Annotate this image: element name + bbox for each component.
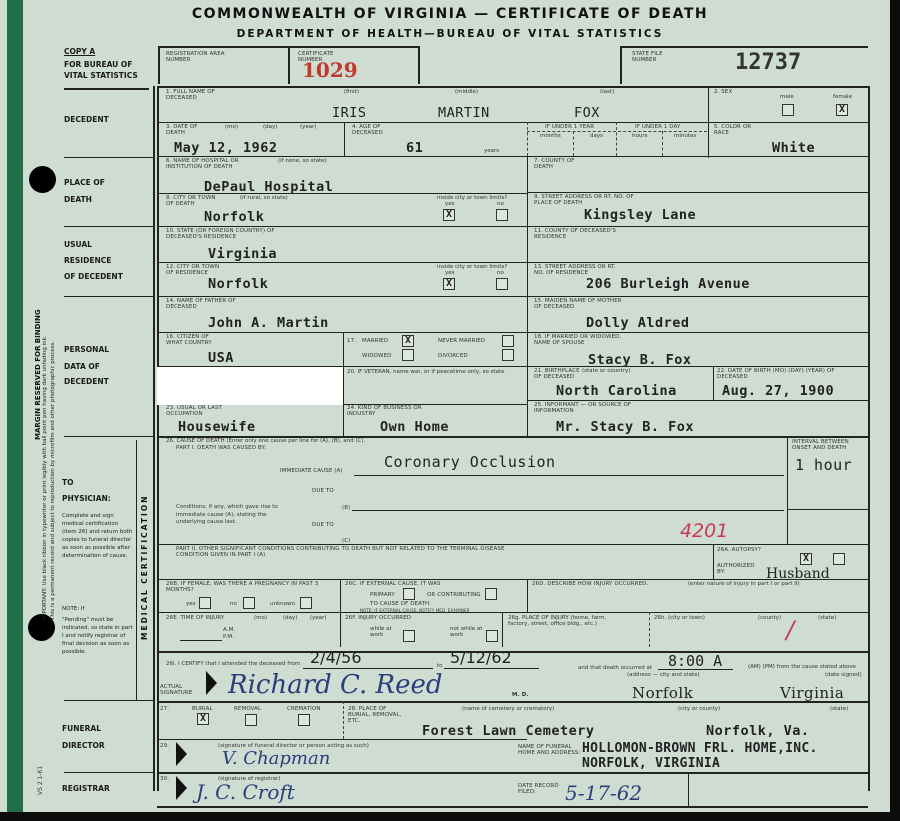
part2-label: PART II. OTHER SIGNIFICANT CONDITIONS CO… — [176, 546, 536, 558]
rule — [444, 668, 539, 669]
rule — [573, 131, 574, 156]
f26i-label: 26i. I CERTIFY that I attended the decea… — [166, 661, 300, 667]
f21-label: 21. BIRTHPLACE OF DECEASED — [534, 368, 589, 380]
city-of-death: Norfolk — [204, 209, 264, 225]
medical-certification-label: MEDICAL CERTIFICATION — [140, 495, 149, 640]
sex-male-checkbox[interactable] — [782, 104, 794, 116]
divorced-checkbox[interactable] — [502, 349, 514, 361]
md-label: M. D. — [512, 692, 529, 698]
copy-a-label: COPY A — [64, 46, 95, 57]
immediate-cause-label: IMMEDIATE CAUSE (A) — [280, 468, 343, 474]
rule — [868, 86, 870, 791]
funeral-home: HOLLOMON-BROWN FRL. HOME,INC. — [582, 741, 818, 756]
address-label: (address — city and state) — [627, 672, 700, 678]
injury-mo-label: (mo) — [254, 615, 267, 621]
rule — [157, 772, 868, 774]
certifier-state: Virginia — [780, 684, 844, 702]
important-note-1: IMPORTANT: Use black ribbon in typewrite… — [42, 240, 48, 620]
section-registrar: REGISTRAR — [62, 780, 110, 797]
registrar-arrow-icon — [176, 776, 187, 800]
redacted-field — [157, 367, 343, 405]
section-usual-residence: USUAL — [64, 236, 92, 253]
external-primary-checkbox[interactable] — [403, 588, 415, 600]
note-external: NOTE: IF EXTERNAL CAUSE, NOTIFY MED. EXA… — [360, 608, 470, 614]
if-none-label: (if none, so state) — [278, 158, 327, 164]
rule — [64, 436, 153, 437]
f26-label: 26. CAUSE OF DEATH (Enter only one cause… — [166, 438, 365, 444]
rule — [418, 46, 420, 84]
res-yes-label: yes — [445, 270, 455, 276]
rule — [713, 366, 714, 400]
sex-female-checkbox[interactable]: X — [836, 104, 848, 116]
f10-label: 10. STATE (OR FOREIGN COUNTRY) OF DECEAS… — [166, 228, 296, 240]
f26d-label: 26d. DESCRIBE HOW INJURY OCCURRED. — [532, 581, 648, 587]
date-filed: 5-17-62 — [565, 781, 642, 805]
rule — [157, 806, 868, 808]
f28-label: 28. PLACE OF BURIAL, REMOVAL, ETC. — [348, 706, 408, 724]
rule — [64, 88, 149, 90]
f7-label: 7. COUNTY OF DEATH — [534, 158, 584, 170]
rule — [157, 579, 868, 580]
registrar-signature: J. C. Croft — [196, 780, 295, 804]
days-label: days — [590, 133, 603, 139]
rule — [649, 612, 650, 647]
f26b-label: 26b. IF FEMALE, WAS THERE A PREGNANCY IN… — [166, 581, 346, 593]
code-annotation: 4201 — [680, 520, 728, 542]
f25-label: 25. INFORMANT — OR SOURCE OF INFORMATION — [534, 402, 644, 414]
physician-instructions: Complete and sign medical certification … — [62, 512, 134, 560]
rule — [343, 701, 344, 739]
funeral-director-arrow-icon — [176, 742, 187, 766]
f20-label: 20. IF VETERAN, name war, or if peacetim… — [347, 369, 517, 375]
date-signed-label: (date signed) — [825, 672, 862, 678]
business-industry: Own Home — [380, 419, 449, 435]
f24-label: 24. KIND OF BUSINESS OR INDUSTRY — [347, 405, 427, 417]
years-label: years — [484, 148, 499, 154]
copy-for-label-2: VITAL STATISTICS — [64, 70, 138, 81]
cause-a: Coronary Occlusion — [384, 453, 556, 471]
rule — [157, 544, 868, 545]
date-of-death: May 12, 1962 — [174, 140, 278, 156]
mother-maiden-name: Dolly Aldred — [586, 315, 690, 331]
injury-not-while-work-checkbox[interactable] — [486, 630, 498, 642]
rule — [157, 651, 868, 653]
authorized-label: AUTHORIZED BY: — [717, 563, 757, 575]
day-label: (day) — [263, 124, 277, 130]
rule — [527, 400, 868, 401]
f22-label: 22. DATE OF BIRTH (mo) (day) (year) OF D… — [717, 368, 842, 380]
res-inside-yes-checkbox[interactable]: X — [443, 278, 455, 290]
certificate-title: COMMONWEALTH OF VIRGINIA — CERTIFICATE O… — [0, 6, 900, 22]
occupation: Housewife — [178, 419, 256, 435]
yes-label: yes — [445, 201, 455, 207]
removal-label: REMOVAL — [234, 706, 261, 712]
cemetery-location: Norfolk, Va. — [706, 723, 810, 739]
form-code: VS 2 1-61 — [37, 766, 44, 795]
months-label: months — [540, 133, 561, 139]
rule — [157, 262, 868, 263]
rule — [157, 122, 868, 123]
note-label: NOTE: If — [62, 606, 84, 612]
attended-to: 5/12/62 — [450, 648, 512, 667]
rule — [157, 86, 868, 88]
registration-area-label: REGISTRATION AREA NUMBER — [166, 51, 236, 63]
f6-label: 6. NAME OF HOSPITAL OR INSTITUTION OF DE… — [166, 158, 256, 170]
mo-label: (mo) — [225, 124, 238, 130]
f26a-label: 26a. AUTOPSY? — [717, 547, 761, 553]
widowed-label: WIDOWED — [362, 353, 391, 359]
rule — [527, 131, 707, 132]
conditions-label: Conditions, if any, which gave rise to i… — [176, 504, 286, 527]
rule — [153, 86, 155, 791]
f14-label: 14. NAME OF FATHER OF DECEASED — [166, 298, 236, 310]
rule — [288, 46, 290, 84]
rule — [157, 86, 159, 791]
rule — [354, 475, 784, 476]
state-or-country-label: (state or country) — [582, 368, 630, 374]
city-of-residence: Norfolk — [208, 276, 268, 292]
rule — [157, 701, 868, 703]
if-rural-label: (if rural, so state) — [240, 195, 288, 201]
section-usual-residence-3: OF DECEDENT — [64, 268, 123, 285]
state-hint: (state) — [830, 706, 848, 712]
rule — [343, 332, 344, 436]
section-funeral: FUNERAL — [62, 720, 101, 737]
f26c-label: 26c. IF EXTERNAL CAUSE, IT WAS — [345, 581, 441, 587]
removal-checkbox[interactable] — [245, 714, 257, 726]
section-usual-residence-2: RESIDENCE — [64, 252, 111, 269]
certificate-number: 1029 — [302, 58, 358, 82]
f8-label: 8. CITY OR TOWN OF DEATH — [166, 195, 221, 207]
f4-label: 4. AGE OF DECEASED — [352, 124, 402, 136]
date-filed-label: DATE RECORD FILED: — [518, 783, 563, 795]
pregnancy-yes-checkbox[interactable] — [199, 597, 211, 609]
rule — [352, 510, 784, 511]
f2-label: 2. SEX — [714, 89, 732, 95]
res-inside-no-checkbox[interactable] — [496, 278, 508, 290]
rule — [157, 193, 527, 194]
funeral-home-label: NAME OF FUNERAL HOME AND ADDRESS: — [518, 744, 588, 756]
while-work-label: while at work — [370, 626, 400, 638]
pregnancy-no-checkbox[interactable] — [243, 597, 255, 609]
f9-label: 9. STREET ADDRESS OR RT. NO. OF PLACE OF… — [534, 194, 644, 206]
attended-from: 2/4/56 — [310, 648, 362, 667]
f13-label: 13. STREET ADDRESS OR RT. NO. OF RESIDEN… — [534, 264, 624, 276]
note-text: "Pending" must be indicated, so state in… — [62, 616, 136, 656]
middle-label: (middle) — [455, 89, 478, 95]
year-label: (year) — [300, 124, 317, 130]
f15-label: 15. MAIDEN NAME OF MOTHER OF DECEASED — [534, 298, 624, 310]
due-to-2-label: DUE TO — [312, 522, 334, 528]
rule — [157, 332, 868, 333]
rule — [136, 440, 137, 700]
f16-label: 16. CITIZEN OF WHAT COUNTRY — [166, 334, 226, 346]
birthplace: North Carolina — [556, 383, 677, 399]
copy-for-label: FOR BUREAU OF — [64, 59, 132, 70]
f26f-label: 26f. INJURY OCCURRED — [345, 615, 411, 621]
age: 61 — [406, 140, 423, 156]
middle-name: MARTIN — [438, 105, 490, 121]
married-checkbox[interactable]: X — [402, 335, 414, 347]
f26h-label: 26h. (city or town) — [654, 615, 705, 621]
rule — [340, 579, 341, 612]
hours-label: hours — [632, 133, 647, 139]
certifier-city: Norfolk — [632, 684, 693, 702]
contributing-label: or CONTRIBUTING — [427, 592, 481, 598]
f26e-label: 26e. TIME OF INJURY — [166, 615, 224, 621]
f11-label: 11. COUNTY OF DECEASED'S RESIDENCE — [534, 228, 624, 240]
res-no-label: no — [497, 270, 504, 276]
rule — [787, 436, 788, 544]
rule — [180, 640, 222, 641]
no-label: no — [497, 201, 504, 207]
preg-unknown-label: unknown — [270, 601, 295, 607]
section-decedent: DECEDENT — [64, 111, 109, 128]
rule — [303, 668, 433, 669]
death-certificate: MARGIN RESERVED FOR BINDING IMPORTANT: U… — [0, 0, 890, 812]
interval: 1 hour — [795, 456, 852, 474]
married-label: MARRIED — [362, 338, 388, 344]
f29-label: 29. — [160, 743, 169, 749]
f3-label: 3. DATE OF DEATH — [166, 124, 206, 136]
last-name: FOX — [574, 105, 600, 121]
cremation-checkbox[interactable] — [298, 714, 310, 726]
last-label: (last) — [600, 89, 614, 95]
rule — [787, 509, 868, 510]
section-funeral-director: DIRECTOR — [62, 737, 105, 754]
never-married-label: NEVER MARRIED — [438, 338, 485, 344]
cemetery: Forest Lawn Cemetery — [422, 723, 595, 739]
injury-while-work-checkbox[interactable] — [403, 630, 415, 642]
autopsy-yes-checkbox[interactable]: X — [800, 553, 812, 565]
autopsy-no-checkbox[interactable] — [833, 553, 845, 565]
f27-label: 27. — [160, 706, 169, 712]
part1-label: PART I. DEATH WAS CAUSED BY: — [176, 445, 266, 451]
injury-county-label: (county) — [758, 615, 781, 621]
rule — [157, 296, 868, 297]
divorced-label: DIVORCED — [438, 353, 468, 359]
rule — [527, 579, 528, 612]
rule — [64, 296, 153, 297]
actual-signature-label: ACTUAL SIGNATURE — [160, 684, 200, 696]
state-file-label: STATE FILE NUMBER — [632, 51, 682, 63]
cemetery-hint: (name of cemetery or crematory) — [462, 706, 554, 712]
rule — [620, 46, 622, 84]
rule — [688, 772, 689, 806]
minutes-label: minutes — [674, 133, 696, 139]
male-label: male — [780, 94, 794, 100]
f12-label: 12. CITY OR TOWN OF RESIDENCE — [166, 264, 221, 276]
widowed-checkbox[interactable] — [402, 349, 414, 361]
rule — [502, 612, 503, 647]
rule — [344, 122, 345, 156]
f17-label: 17. — [347, 338, 356, 344]
rule — [158, 46, 160, 84]
never-married-checkbox[interactable] — [502, 335, 514, 347]
binding-margin-stripe — [7, 0, 23, 812]
am-pm-label: (AM) (PM) from the cause stated above — [748, 664, 856, 670]
to-cause-label: TO CAUSE OF DEATH. — [370, 601, 431, 607]
f5-label: 5. COLOR OR RACE — [714, 124, 754, 136]
section-place-of-death-2: DEATH — [64, 191, 92, 208]
street-of-death: Kingsley Lane — [584, 207, 696, 223]
father-name: John A. Martin — [208, 315, 329, 331]
cause-b-label: (B) — [342, 505, 350, 511]
injury-year-label: (year) — [310, 615, 327, 621]
attended-to-label: to — [437, 663, 443, 669]
rule — [157, 739, 527, 740]
funeral-director-signature: V. Chapman — [222, 748, 330, 769]
under-day-label: IF UNDER 1 DAY — [635, 124, 680, 130]
rule — [527, 122, 528, 156]
pm-label: P.M. — [223, 634, 234, 640]
burial-label: BURIAL — [192, 706, 213, 712]
rule — [64, 700, 153, 701]
injury-day-label: (day) — [283, 615, 297, 621]
death-inside-yes-checkbox[interactable]: X — [443, 209, 455, 221]
f26g-label: 26g. PLACE OF INJURY (home, farm, factor… — [508, 615, 618, 627]
binding-hole-top — [29, 166, 56, 193]
rule — [64, 772, 153, 773]
rule — [662, 131, 663, 156]
pregnancy-unknown-checkbox[interactable] — [300, 597, 312, 609]
important-note-2: This is a permanent record and subject t… — [50, 341, 56, 620]
state-of-residence: Virginia — [208, 246, 277, 262]
signature-arrow-icon — [206, 671, 217, 695]
section-personal-3: DECEDENT — [64, 373, 109, 390]
rule — [616, 122, 617, 156]
rule — [527, 192, 868, 193]
cremation-label: CREMATION — [287, 706, 321, 712]
f1-label: 1. FULL NAME OF DECEASED — [166, 89, 236, 101]
interval-label: INTERVAL BETWEEN ONSET AND DEATH — [792, 439, 862, 451]
preg-yes-label: yes — [186, 601, 196, 607]
street-of-residence: 206 Burleigh Avenue — [586, 276, 750, 292]
informant: Mr. Stacy B. Fox — [556, 419, 694, 435]
female-label: female — [833, 94, 852, 100]
primary-label: PRIMARY — [370, 592, 395, 598]
burial-checkbox[interactable]: X — [197, 713, 209, 725]
am-label: A.M. — [223, 627, 235, 633]
rule — [713, 544, 714, 579]
not-while-work-label: not while at work — [450, 626, 488, 638]
rule — [620, 46, 868, 48]
first-name: IRIS — [332, 105, 367, 121]
under-year-label: IF UNDER 1 YEAR — [545, 124, 594, 130]
margin-reserved-text: MARGIN RESERVED FOR BINDING — [34, 309, 42, 440]
f23-label: 23. USUAL OR LAST OCCUPATION — [166, 405, 226, 417]
physician-signature: Richard C. Reed — [228, 670, 443, 700]
rule — [157, 226, 868, 227]
death-occurred-label: and that death occurred at — [578, 665, 652, 671]
red-mark: / — [786, 616, 794, 644]
citizenship: USA — [208, 350, 234, 366]
f30-label: 30. — [160, 776, 169, 782]
death-inside-no-checkbox[interactable] — [496, 209, 508, 221]
department-subtitle: DEPARTMENT OF HEALTH—BUREAU OF VITAL STA… — [0, 28, 900, 40]
due-to-1-label: DUE TO — [312, 488, 334, 494]
section-place-of-death: PLACE OF — [64, 174, 105, 191]
rule — [64, 157, 153, 158]
f18-label: 18. IF MARRIED OR WIDOWED, NAME OF SPOUS… — [534, 334, 624, 346]
rule — [157, 612, 868, 613]
race: White — [772, 140, 815, 156]
external-contributing-checkbox[interactable] — [485, 588, 497, 600]
city-county-hint: (city or county) — [678, 706, 720, 712]
rule — [157, 156, 868, 157]
injury-state-label: (state) — [818, 615, 836, 621]
funeral-home-address: NORFOLK, VIRGINIA — [582, 756, 720, 771]
rule — [340, 612, 341, 647]
first-label: (first) — [344, 89, 359, 95]
rule — [64, 226, 153, 227]
f26d-hint: (enter nature of injury in part I or par… — [688, 581, 800, 587]
date-of-birth: Aug. 27, 1900 — [722, 383, 834, 399]
section-to: TO — [62, 474, 74, 491]
preg-no-label: no — [230, 601, 237, 607]
section-personal: PERSONAL — [64, 341, 109, 358]
time-of-death: 8:00 A — [668, 652, 722, 670]
section-physician: PHYSICIAN: — [62, 490, 111, 507]
state-file-number: 12737 — [735, 50, 801, 75]
